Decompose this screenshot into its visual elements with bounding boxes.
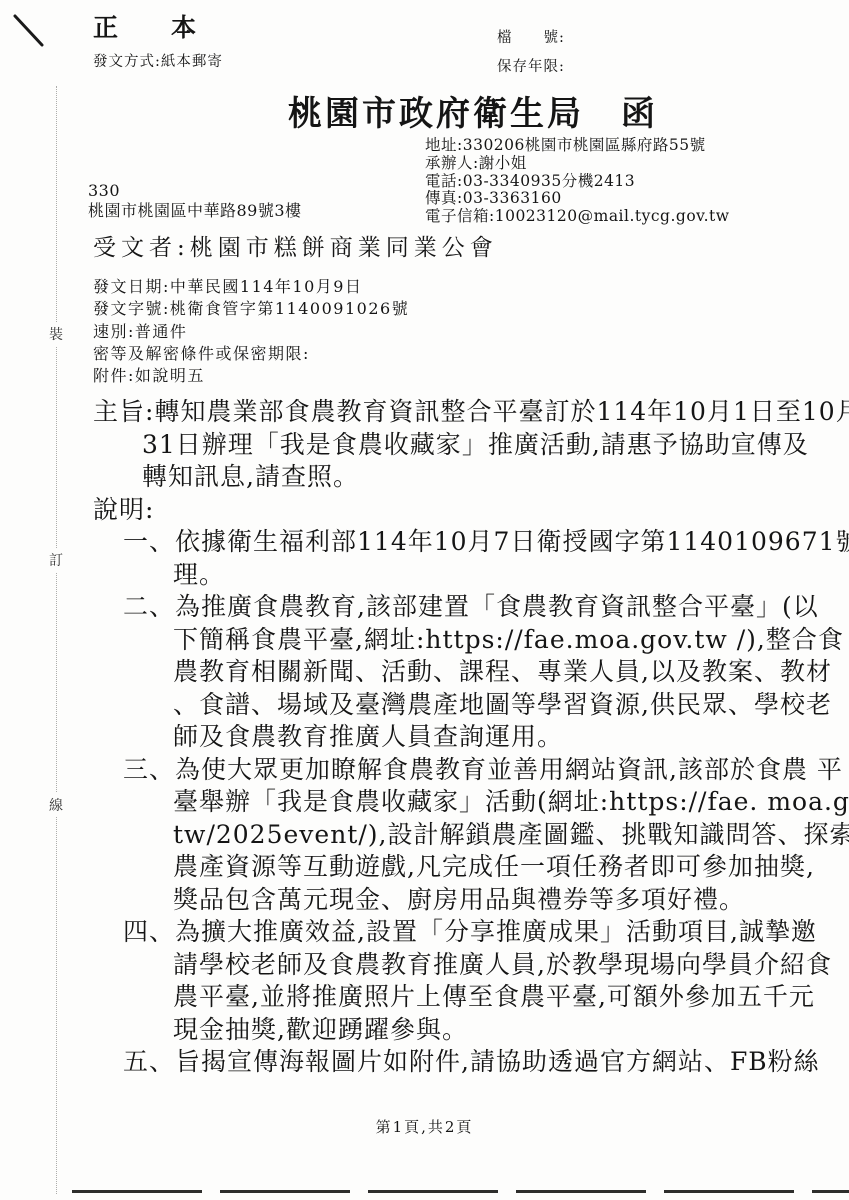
- document-title: 桃園市政府衛生局 函: [288, 86, 658, 135]
- scanned-official-letter-page: 正 本 發文方式:紙本郵寄 檔 號: 保存年限: 桃園市政府衛生局 函 地址:3…: [0, 0, 849, 1200]
- section-line: 現金抽獎,歡迎踴躍參與。: [93, 1014, 833, 1047]
- footer-page-number: 第1頁,共2頁: [0, 1116, 849, 1137]
- recipient-line: 受文者:桃園市糕餅商業同業公會: [93, 229, 498, 262]
- section-line: 獎品包含萬元現金、廚房用品與禮券等多項好禮。: [93, 884, 833, 917]
- section-line: 三、為使大眾更加瞭解食農教育並善用網站資訊,該部於食農 平: [93, 754, 833, 787]
- section-line: 師及食農教育推廣人員查詢運用。: [93, 721, 833, 754]
- postal-address: 桃園市桃園區中華路89號3樓: [88, 201, 302, 221]
- section-line: 臺舉辦「我是食農收藏家」活動(網址:https://fae. moa.gov.: [93, 786, 833, 819]
- section-line: 農產資源等互動遊戲,凡完成任一項任務者即可參加抽獎,: [93, 851, 833, 884]
- binding-mark-xian: 線: [49, 793, 63, 817]
- copy-type-mark: 正 本: [93, 8, 210, 44]
- contact-email: 電子信箱:10023120@mail.tycg.gov.tw: [425, 208, 730, 226]
- binding-mark-zhuang: 裝: [49, 322, 63, 346]
- document-meta-block: 發文日期:中華民國114年10月9日 發文字號:桃衛食管字第1140091026…: [93, 276, 409, 387]
- subject-text: 轉知農業部食農教育資訊整合平臺訂於114年10月1日至10月: [154, 397, 849, 426]
- contact-person: 承辦人:謝小姐: [425, 155, 730, 173]
- section-text: 為擴大推廣效益,設置「分享推廣成果」活動項目,誠摯邀: [175, 917, 817, 946]
- section-number: 五、: [123, 1047, 175, 1076]
- agency-contact-block: 地址:330206桃園市桃園區縣府路55號 承辦人:謝小姐 電話:03-3340…: [425, 137, 730, 226]
- contact-fax: 傳真:03-3363160: [425, 190, 730, 208]
- section-line: 農平臺,並將推廣照片上傳至食農平臺,可額外參加五千元: [93, 981, 833, 1014]
- section-number: 四、: [123, 917, 175, 946]
- subject-line: 31日辦理「我是食農收藏家」推廣活動,請惠予協助宣傳及: [93, 429, 833, 462]
- section-line: 五、旨揭宣傳海報圖片如附件,請協助透過官方網站、FB粉絲: [93, 1046, 833, 1079]
- retention-period-label: 保存年限:: [497, 55, 565, 76]
- meta-priority: 速別:普通件: [93, 321, 409, 343]
- file-number-label: 檔 號:: [497, 26, 565, 47]
- section-line: 下簡稱食農平臺,網址:https://fae.moa.gov.tw /),整合食: [93, 624, 833, 657]
- recipient-postal-block: 330 桃園市桃園區中華路89號3樓: [88, 181, 302, 221]
- meta-attachment: 附件:如說明五: [93, 365, 409, 387]
- section-number: 一、: [123, 527, 175, 556]
- subject-label: 主旨:: [93, 397, 154, 426]
- binding-dotted-line: [56, 86, 57, 1194]
- letter-body: 主旨:轉知農業部食農教育資訊整合平臺訂於114年10月1日至10月 31日辦理「…: [93, 396, 833, 1079]
- section-line: 、食譜、場域及臺灣農產地圖等學習資源,供民眾、學校老: [93, 689, 833, 722]
- bottom-scan-artifact: [72, 1190, 849, 1193]
- contact-phone: 電話:03-3340935分機2413: [425, 173, 730, 191]
- section-text: 為使大眾更加瞭解食農教育並善用網站資訊,該部於食農 平: [175, 755, 843, 784]
- send-method-label: 發文方式:紙本郵寄: [93, 50, 223, 71]
- subject-line: 轉知訊息,請查照。: [93, 461, 833, 494]
- meta-security: 密等及解密條件或保密期限:: [93, 343, 409, 365]
- section-line: tw/2025event/),設計解鎖農產圖鑑、挑戰知識問答、探索: [93, 819, 833, 852]
- section-number: 二、: [123, 592, 175, 621]
- section-line: 一、依據衛生福利部114年10月7日衛授國字第1140109671號函辦: [93, 526, 833, 559]
- postal-zip: 330: [88, 181, 302, 201]
- section-text: 旨揭宣傳海報圖片如附件,請協助透過官方網站、FB粉絲: [175, 1047, 820, 1076]
- contact-address: 地址:330206桃園市桃園區縣府路55號: [425, 137, 730, 155]
- section-line: 理。: [93, 559, 833, 592]
- section-line: 四、為擴大推廣效益,設置「分享推廣成果」活動項目,誠摯邀: [93, 916, 833, 949]
- explanation-label: 說明:: [93, 494, 833, 527]
- meta-doc-number: 發文字號:桃衛食管字第1140091026號: [93, 298, 409, 320]
- section-line: 請學校老師及食農教育推廣人員,於教學現場向學員介紹食: [93, 949, 833, 982]
- section-line: 農教育相關新聞、活動、課程、專業人員,以及教案、教材: [93, 656, 833, 689]
- binding-mark-ding: 訂: [49, 548, 63, 572]
- section-text: 為推廣食農教育,該部建置「食農教育資訊整合平臺」(以: [175, 592, 819, 621]
- section-number: 三、: [123, 755, 175, 784]
- section-line: 二、為推廣食農教育,該部建置「食農教育資訊整合平臺」(以: [93, 591, 833, 624]
- subject-line: 主旨:轉知農業部食農教育資訊整合平臺訂於114年10月1日至10月: [93, 396, 833, 429]
- section-text: 依據衛生福利部114年10月7日衛授國字第1140109671號函辦: [175, 527, 849, 556]
- corner-slash-mark: [8, 8, 54, 56]
- meta-issue-date: 發文日期:中華民國114年10月9日: [93, 276, 409, 298]
